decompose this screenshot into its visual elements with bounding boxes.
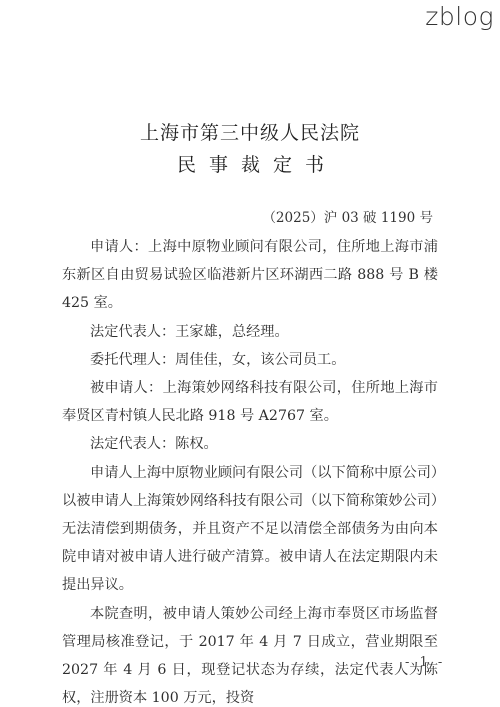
page-number: - 1 - bbox=[405, 655, 445, 670]
paragraph-applicant: 申请人：上海中原物业顾问有限公司，住所地上海市浦东新区自由贸易试验区临港新片区环… bbox=[62, 233, 438, 318]
paragraph-applicant-agent: 委托代理人：周佳佳，女，该公司员工。 bbox=[62, 346, 438, 374]
watermark: zblog bbox=[425, 2, 494, 31]
paragraph-respondent: 被申请人：上海策妙网络科技有限公司，住所地上海市奉贤区青村镇人民北路 918 号… bbox=[62, 374, 438, 430]
paragraph-applicant-representative: 法定代表人：王家雄，总经理。 bbox=[62, 318, 438, 346]
document-body: 申请人：上海中原物业顾问有限公司，住所地上海市浦东新区自由贸易试验区临港新片区环… bbox=[62, 233, 438, 707]
paragraph-respondent-representative: 法定代表人：陈权。 bbox=[62, 430, 438, 458]
document-type-heading: 民事裁定书 bbox=[0, 150, 500, 177]
paragraph-court-findings: 本院查明，被申请人策妙公司经上海市奉贤区市场监督管理局核准登记，于 2017 年… bbox=[62, 600, 438, 707]
court-name-heading: 上海市第三中级人民法院 bbox=[0, 118, 500, 145]
case-number: （2025）沪 03 破 1190 号 bbox=[262, 206, 433, 226]
paragraph-application-facts: 申请人上海中原物业顾问有限公司（以下简称中原公司）以被申请人上海策妙网络科技有限… bbox=[62, 459, 438, 600]
